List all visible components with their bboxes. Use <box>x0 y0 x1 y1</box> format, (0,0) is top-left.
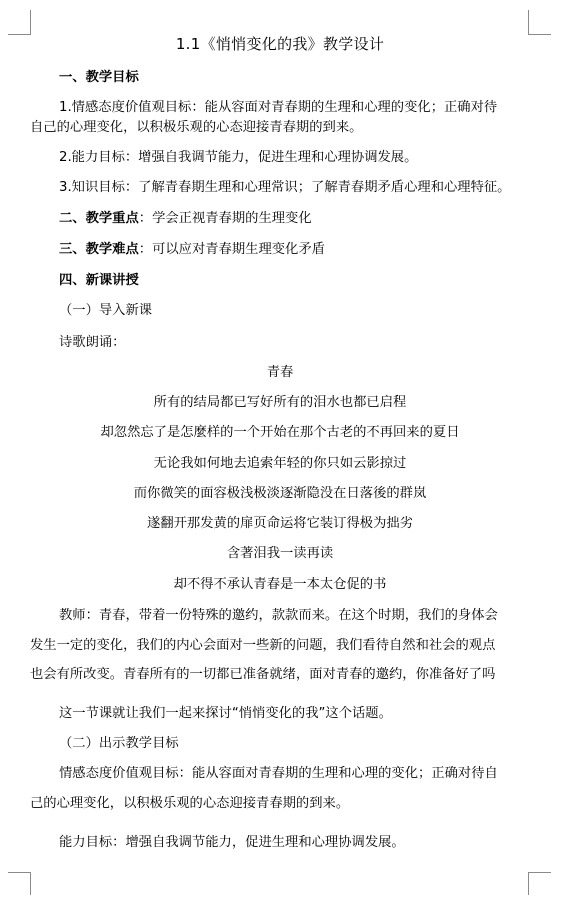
poem-line: 而你微笑的面容极浅极淡逐渐隐没在日落後的群岚 <box>30 485 530 503</box>
section-heading-goals: 一、教学目标 <box>59 69 530 87</box>
poem-line: 所有的结局都已写好所有的泪水也都已启程 <box>30 394 530 412</box>
goal-item-1-line-1: 1.情感态度价值观目标：能从容面对青春期的生理和心理的变化；正确对待 <box>59 99 530 117</box>
lesson-goal-1-line-1: 情感态度价值观目标：能从容面对青春期的生理和心理的变化；正确对待自 <box>59 765 530 783</box>
key-point-row: 二、教学重点：学会正视青春期的生理变化 <box>59 210 530 228</box>
poem-intro: 诗歌朗诵： <box>59 334 530 352</box>
teacher-speech-line-1: 教师：青春，带着一份特殊的邀约，款款而来。在这个时期，我们的身体会 <box>59 607 530 625</box>
crop-mark-top-right <box>528 10 551 35</box>
section-heading-difficulty: 三、教学难点 <box>59 242 139 257</box>
goal-item-1-line-2: 自己的心理变化，以积极乐观的心态迎接青春期的到来。 <box>30 119 530 137</box>
difficulty-text: ：可以应对青春期生理变化矛盾 <box>139 242 325 257</box>
key-point-text: ：学会正视青春期的生理变化 <box>139 211 312 226</box>
lesson-goal-1-line-2: 己的心理变化，以积极乐观的心态迎接青春期的到来。 <box>30 795 530 813</box>
poem-line: 含著泪我一读再读 <box>30 545 530 563</box>
document-title: 1.1《悄悄变化的我》教学设计 <box>30 35 530 53</box>
poem-line: 却不得不承认青春是一本太仓促的书 <box>30 576 530 594</box>
poem-line: 遂翻开那发黄的扉页命运将它装订得极为拙劣 <box>30 515 530 533</box>
section-heading-new-lesson: 四、新课讲授 <box>59 272 530 290</box>
poem-line: 却忽然忘了是怎麼样的一个开始在那个古老的不再回来的夏日 <box>30 424 530 442</box>
crop-mark-bottom-right <box>528 872 551 895</box>
crop-mark-bottom-left <box>8 872 31 895</box>
section-heading-key-point: 二、教学重点 <box>59 211 139 226</box>
goal-item-3: 3.知识目标：了解青春期生理和心理常识；了解青春期矛盾心理和心理特征。 <box>59 179 530 197</box>
poem-title: 青春 <box>30 364 530 382</box>
teacher-speech-line-3: 也会有所改变。青春所有的一切都已准备就绪，面对青春的邀约，你准备好了吗 <box>30 666 530 684</box>
poem-line: 无论我如何地去追索年轻的你只如云影掠过 <box>30 455 530 473</box>
teacher-speech-line-2: 发生一定的变化，我们的内心会面对一些新的问题，我们看待自然和社会的观点 <box>30 637 530 655</box>
subsection-intro: （一）导入新课 <box>59 302 530 320</box>
document-page: 1.1《悄悄变化的我》教学设计 一、教学目标 1.情感态度价值观目标：能从容面对… <box>0 0 586 902</box>
goal-item-2: 2.能力目标：增强自我调节能力，促进生理和心理协调发展。 <box>59 149 530 167</box>
transition-text: 这一节课就让我们一起来探讨“悄悄变化的我”这个话题。 <box>59 705 530 723</box>
subsection-goals: （二）出示教学目标 <box>59 735 530 753</box>
difficulty-row: 三、教学难点：可以应对青春期生理变化矛盾 <box>59 241 530 259</box>
crop-mark-top-left <box>8 10 31 35</box>
lesson-goal-2: 能力目标：增强自我调节能力，促进生理和心理协调发展。 <box>59 834 530 852</box>
